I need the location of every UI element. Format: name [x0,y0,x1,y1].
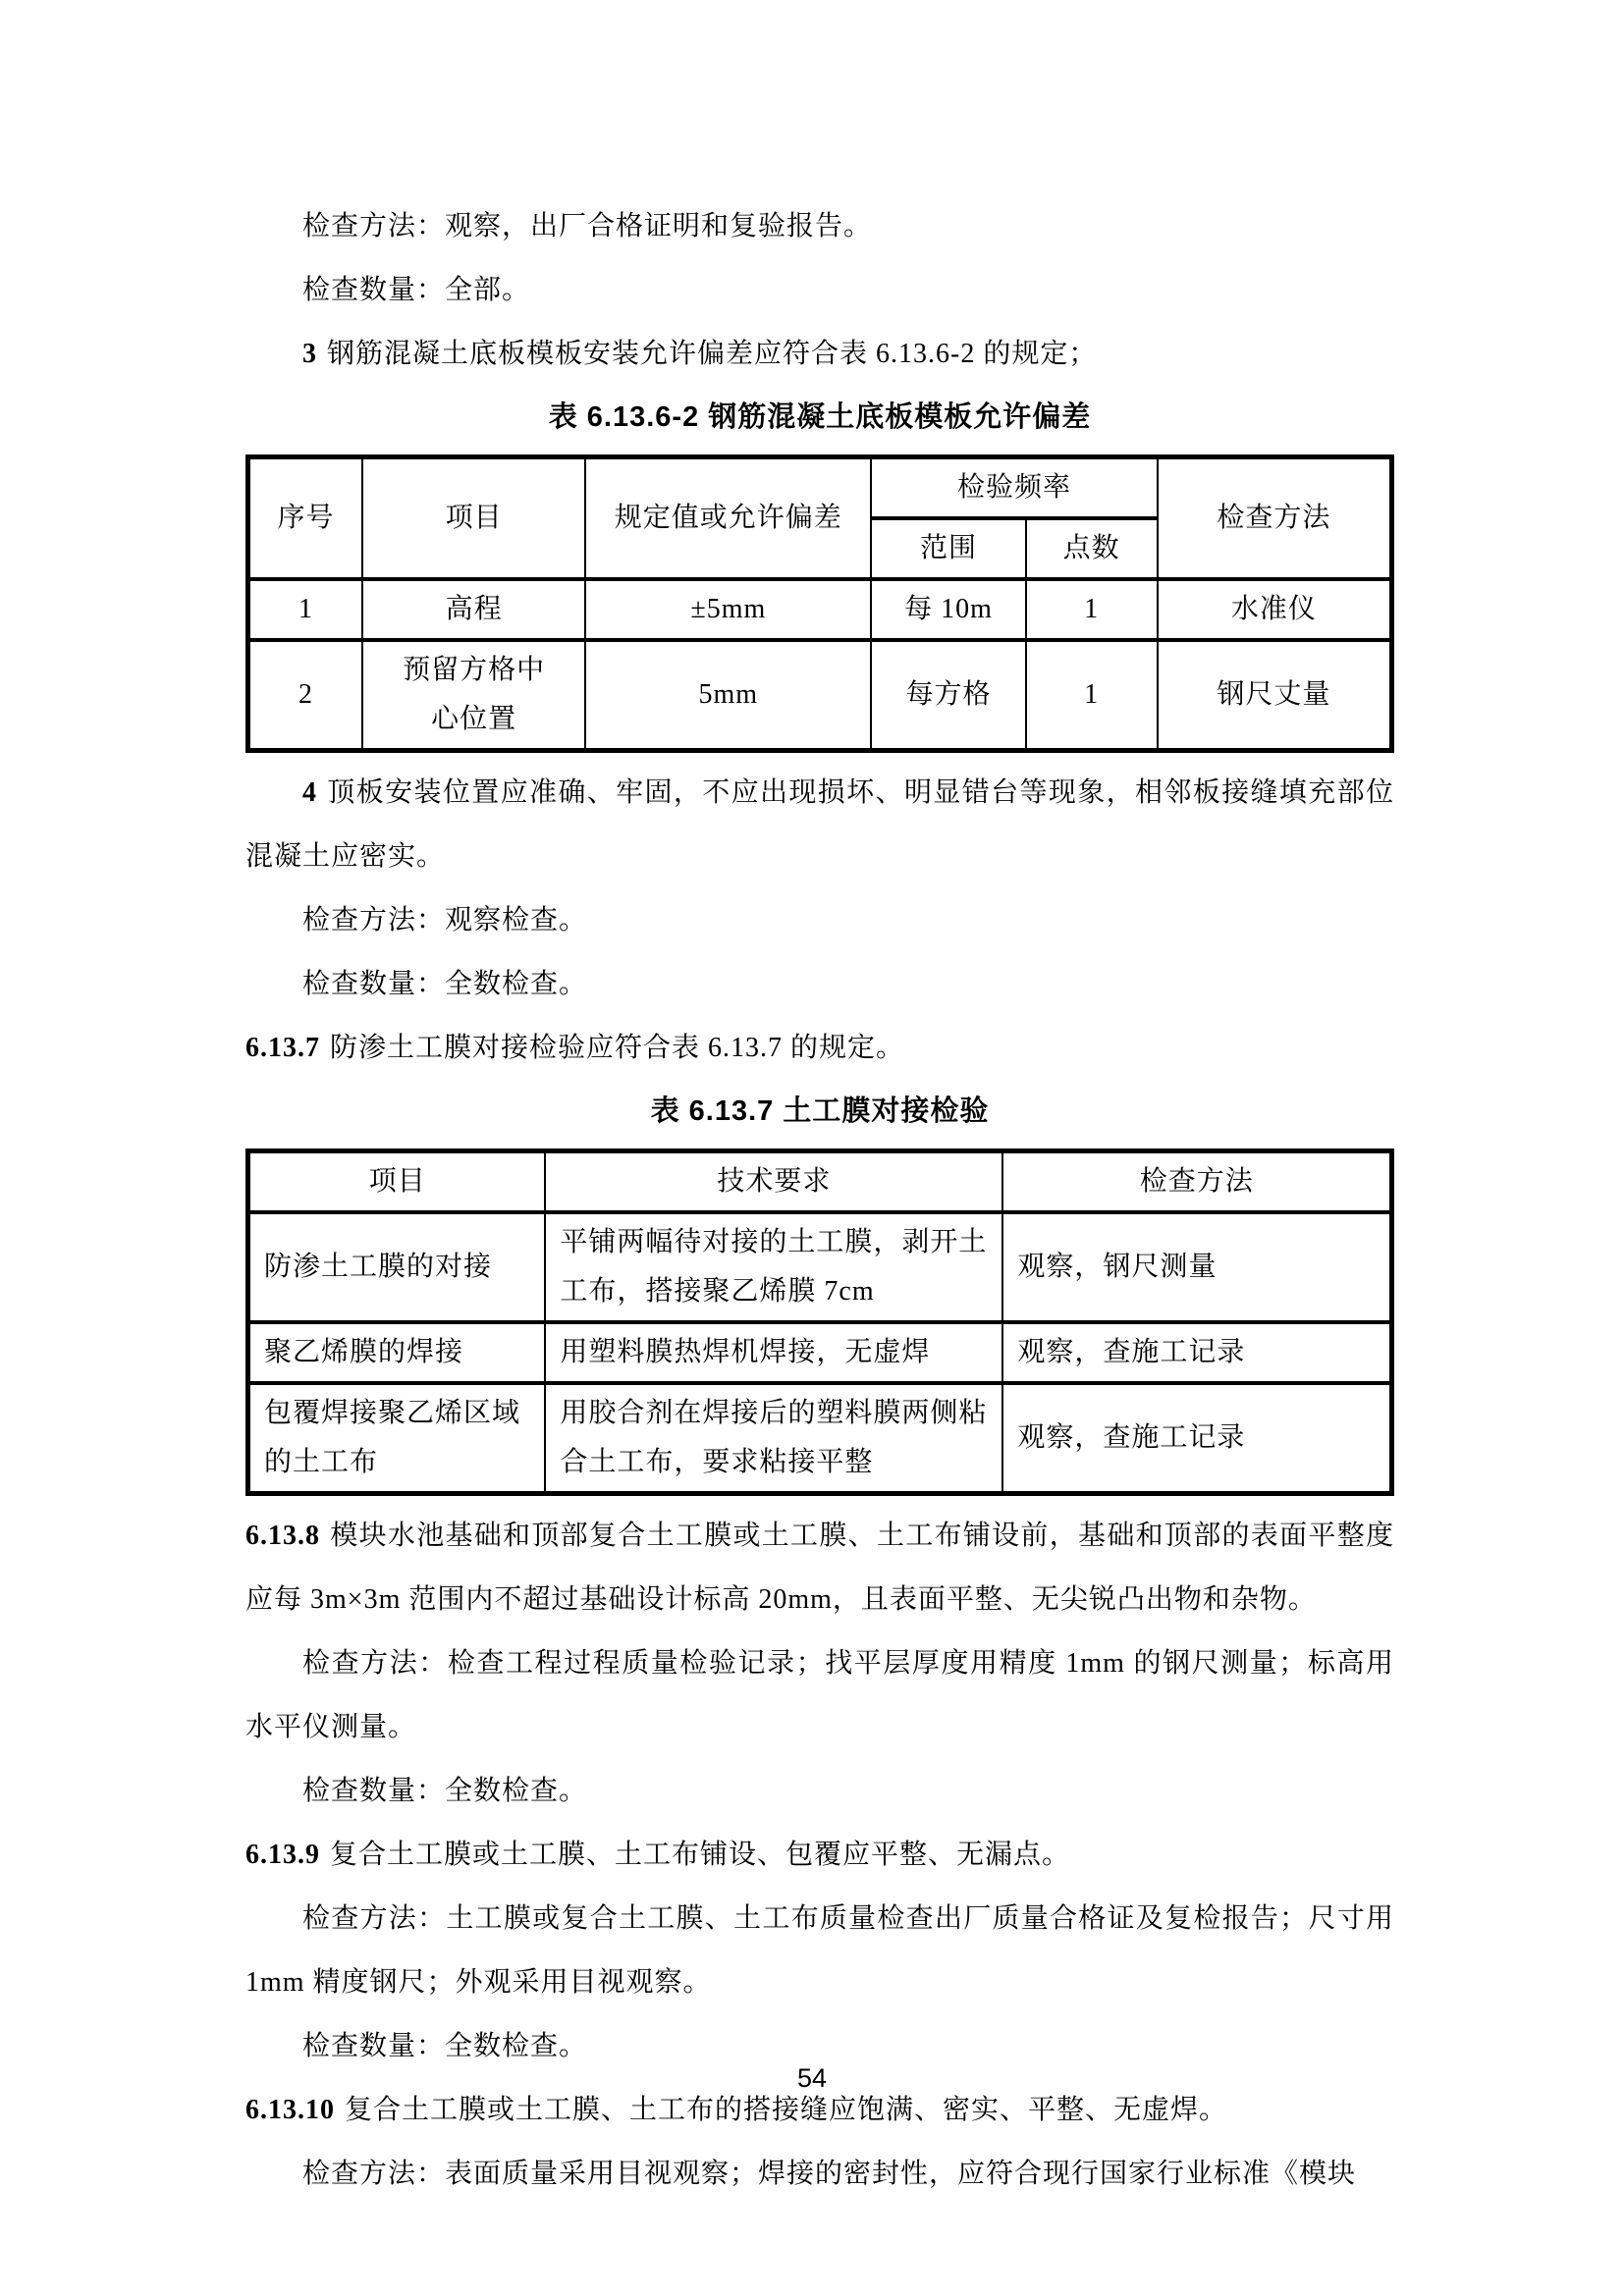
table1-col-index: 序号 [248,457,363,580]
table2-col-requirement: 技术要求 [545,1151,1002,1213]
paragraph-check-qty-3: 检查数量：全数检查。 [245,1759,1394,1823]
cell-method: 观察，查施工记录 [1002,1383,1391,1494]
cell-item: 高程 [362,579,585,640]
paragraph-6-13-9: 6.13.9复合土工膜或土工膜、土工布铺设、包覆应平整、无漏点。 [245,1823,1394,1887]
table1-col-method: 检查方法 [1158,457,1392,580]
cell-points: 1 [1026,640,1158,751]
cell-item: 聚乙烯膜的焊接 [248,1322,546,1383]
table2-header-row: 项目 技术要求 检查方法 [248,1151,1392,1213]
cell-requirement: 平铺两幅待对接的土工膜，剥开土工布，搭接聚乙烯膜 7cm [545,1212,1002,1322]
paragraph-check-method-2: 检查方法：观察检查。 [245,888,1394,952]
paragraph-check-method-1: 检查方法：观察，出厂合格证明和复验报告。 [245,194,1394,258]
table1-col-value: 规定值或允许偏差 [585,457,871,580]
cell-range: 每 10m [871,579,1025,640]
paragraph-check-qty-1: 检查数量：全部。 [245,258,1394,322]
table2-row-2: 聚乙烯膜的焊接 用塑料膜热焊机焊接，无虚焊 观察，查施工记录 [248,1322,1392,1383]
table-6-13-6-2: 序号 项目 规定值或允许偏差 检验频率 检查方法 范围 点数 1 高程 ±5mm… [245,454,1394,753]
section-6-13-8-number: 6.13.8 [245,1521,320,1551]
item-3-number: 3 [302,339,317,369]
table2-title: 表 6.13.7 土工膜对接检验 [245,1080,1394,1143]
section-6-13-7-number: 6.13.7 [245,1033,320,1063]
paragraph-item-4: 4顶板安装位置应准确、牢固，不应出现损坏、明显错台等现象，相邻板接缝填充部位混凝… [245,761,1394,888]
table1-title: 表 6.13.6-2 钢筋混凝土底板模板允许偏差 [245,386,1394,449]
paragraph-check-method-3: 检查方法：检查工程过程质量检验记录；找平层厚度用精度 1mm 的钢尺测量；标高用… [245,1631,1394,1759]
cell-item: 包覆焊接聚乙烯区域的土工布 [248,1383,546,1494]
table1-col-item: 项目 [362,457,585,580]
section-6-13-8-text: 模块水池基础和顶部复合土工膜或土工膜、土工布铺设前，基础和顶部的表面平整度应每 … [245,1521,1394,1615]
section-6-13-10-number: 6.13.10 [245,2095,335,2125]
table2-row-3: 包覆焊接聚乙烯区域的土工布 用胶合剂在焊接后的塑料膜两侧粘合土工布，要求粘接平整… [248,1383,1392,1494]
cell-method: 观察，查施工记录 [1002,1322,1391,1383]
cell-value: 5mm [585,640,871,751]
item-4-number: 4 [302,777,317,808]
cell-requirement: 用塑料膜热焊机焊接，无虚焊 [545,1322,1002,1383]
cell-method: 水准仪 [1158,579,1392,640]
section-6-13-9-text: 复合土工膜或土工膜、土工布铺设、包覆应平整、无漏点。 [330,1840,1070,1870]
section-6-13-10-text: 复合土工膜或土工膜、土工布的搭接缝应饱满、密实、平整、无虚焊。 [345,2095,1227,2125]
item-3-text: 钢筋混凝土底板模板安装允许偏差应符合表 6.13.6-2 的规定； [327,339,1097,369]
table1-header-row-1: 序号 项目 规定值或允许偏差 检验频率 检查方法 [248,457,1392,519]
item-4-text: 顶板安装位置应准确、牢固，不应出现损坏、明显错台等现象，相邻板接缝填充部位混凝土… [245,777,1394,872]
table2-row-1: 防渗土工膜的对接 平铺两幅待对接的土工膜，剥开土工布，搭接聚乙烯膜 7cm 观察… [248,1212,1392,1322]
table1-row-2: 2 预留方格中心位置 5mm 每方格 1 钢尺丈量 [248,640,1392,751]
cell-method: 观察，钢尺测量 [1002,1212,1391,1322]
document-page: 检查方法：观察，出厂合格证明和复验报告。 检查数量：全部。 3钢筋混凝土底板模板… [0,0,1624,2296]
section-6-13-9-number: 6.13.9 [245,1840,320,1870]
table2-col-method: 检查方法 [1002,1151,1391,1213]
table1-row-1: 1 高程 ±5mm 每 10m 1 水准仪 [248,579,1392,640]
cell-index: 1 [248,579,363,640]
cell-value: ±5mm [585,579,871,640]
cell-range: 每方格 [871,640,1025,751]
page-number: 54 [0,2063,1624,2094]
table1-col-frequency: 检验频率 [871,457,1157,519]
paragraph-6-13-8: 6.13.8模块水池基础和顶部复合土工膜或土工膜、土工布铺设前，基础和顶部的表面… [245,1504,1394,1631]
section-6-13-7-text: 防渗土工膜对接检验应符合表 6.13.7 的规定。 [330,1033,904,1063]
page-content: 检查方法：观察，出厂合格证明和复验报告。 检查数量：全部。 3钢筋混凝土底板模板… [245,194,1394,2206]
table1-col-range: 范围 [871,518,1025,579]
table2-col-item: 项目 [248,1151,546,1213]
paragraph-check-qty-2: 检查数量：全数检查。 [245,952,1394,1016]
cell-item: 防渗土工膜的对接 [248,1212,546,1322]
cell-points: 1 [1026,579,1158,640]
table1-col-points: 点数 [1026,518,1158,579]
paragraph-check-method-5: 检查方法：表面质量采用目视观察；焊接的密封性，应符合现行国家行业标准《模块 [245,2142,1394,2206]
cell-requirement: 用胶合剂在焊接后的塑料膜两侧粘合土工布，要求粘接平整 [545,1383,1002,1494]
table-6-13-7: 项目 技术要求 检查方法 防渗土工膜的对接 平铺两幅待对接的土工膜，剥开土工布，… [245,1148,1394,1496]
paragraph-6-13-7: 6.13.7防渗土工膜对接检验应符合表 6.13.7 的规定。 [245,1016,1394,1080]
cell-item: 预留方格中心位置 [362,640,585,751]
cell-method: 钢尺丈量 [1158,640,1392,751]
cell-index: 2 [248,640,363,751]
paragraph-item-3: 3钢筋混凝土底板模板安装允许偏差应符合表 6.13.6-2 的规定； [245,322,1394,386]
paragraph-check-method-4: 检查方法：土工膜或复合土工膜、土工布质量检查出厂质量合格证及复检报告；尺寸用 1… [245,1887,1394,2014]
